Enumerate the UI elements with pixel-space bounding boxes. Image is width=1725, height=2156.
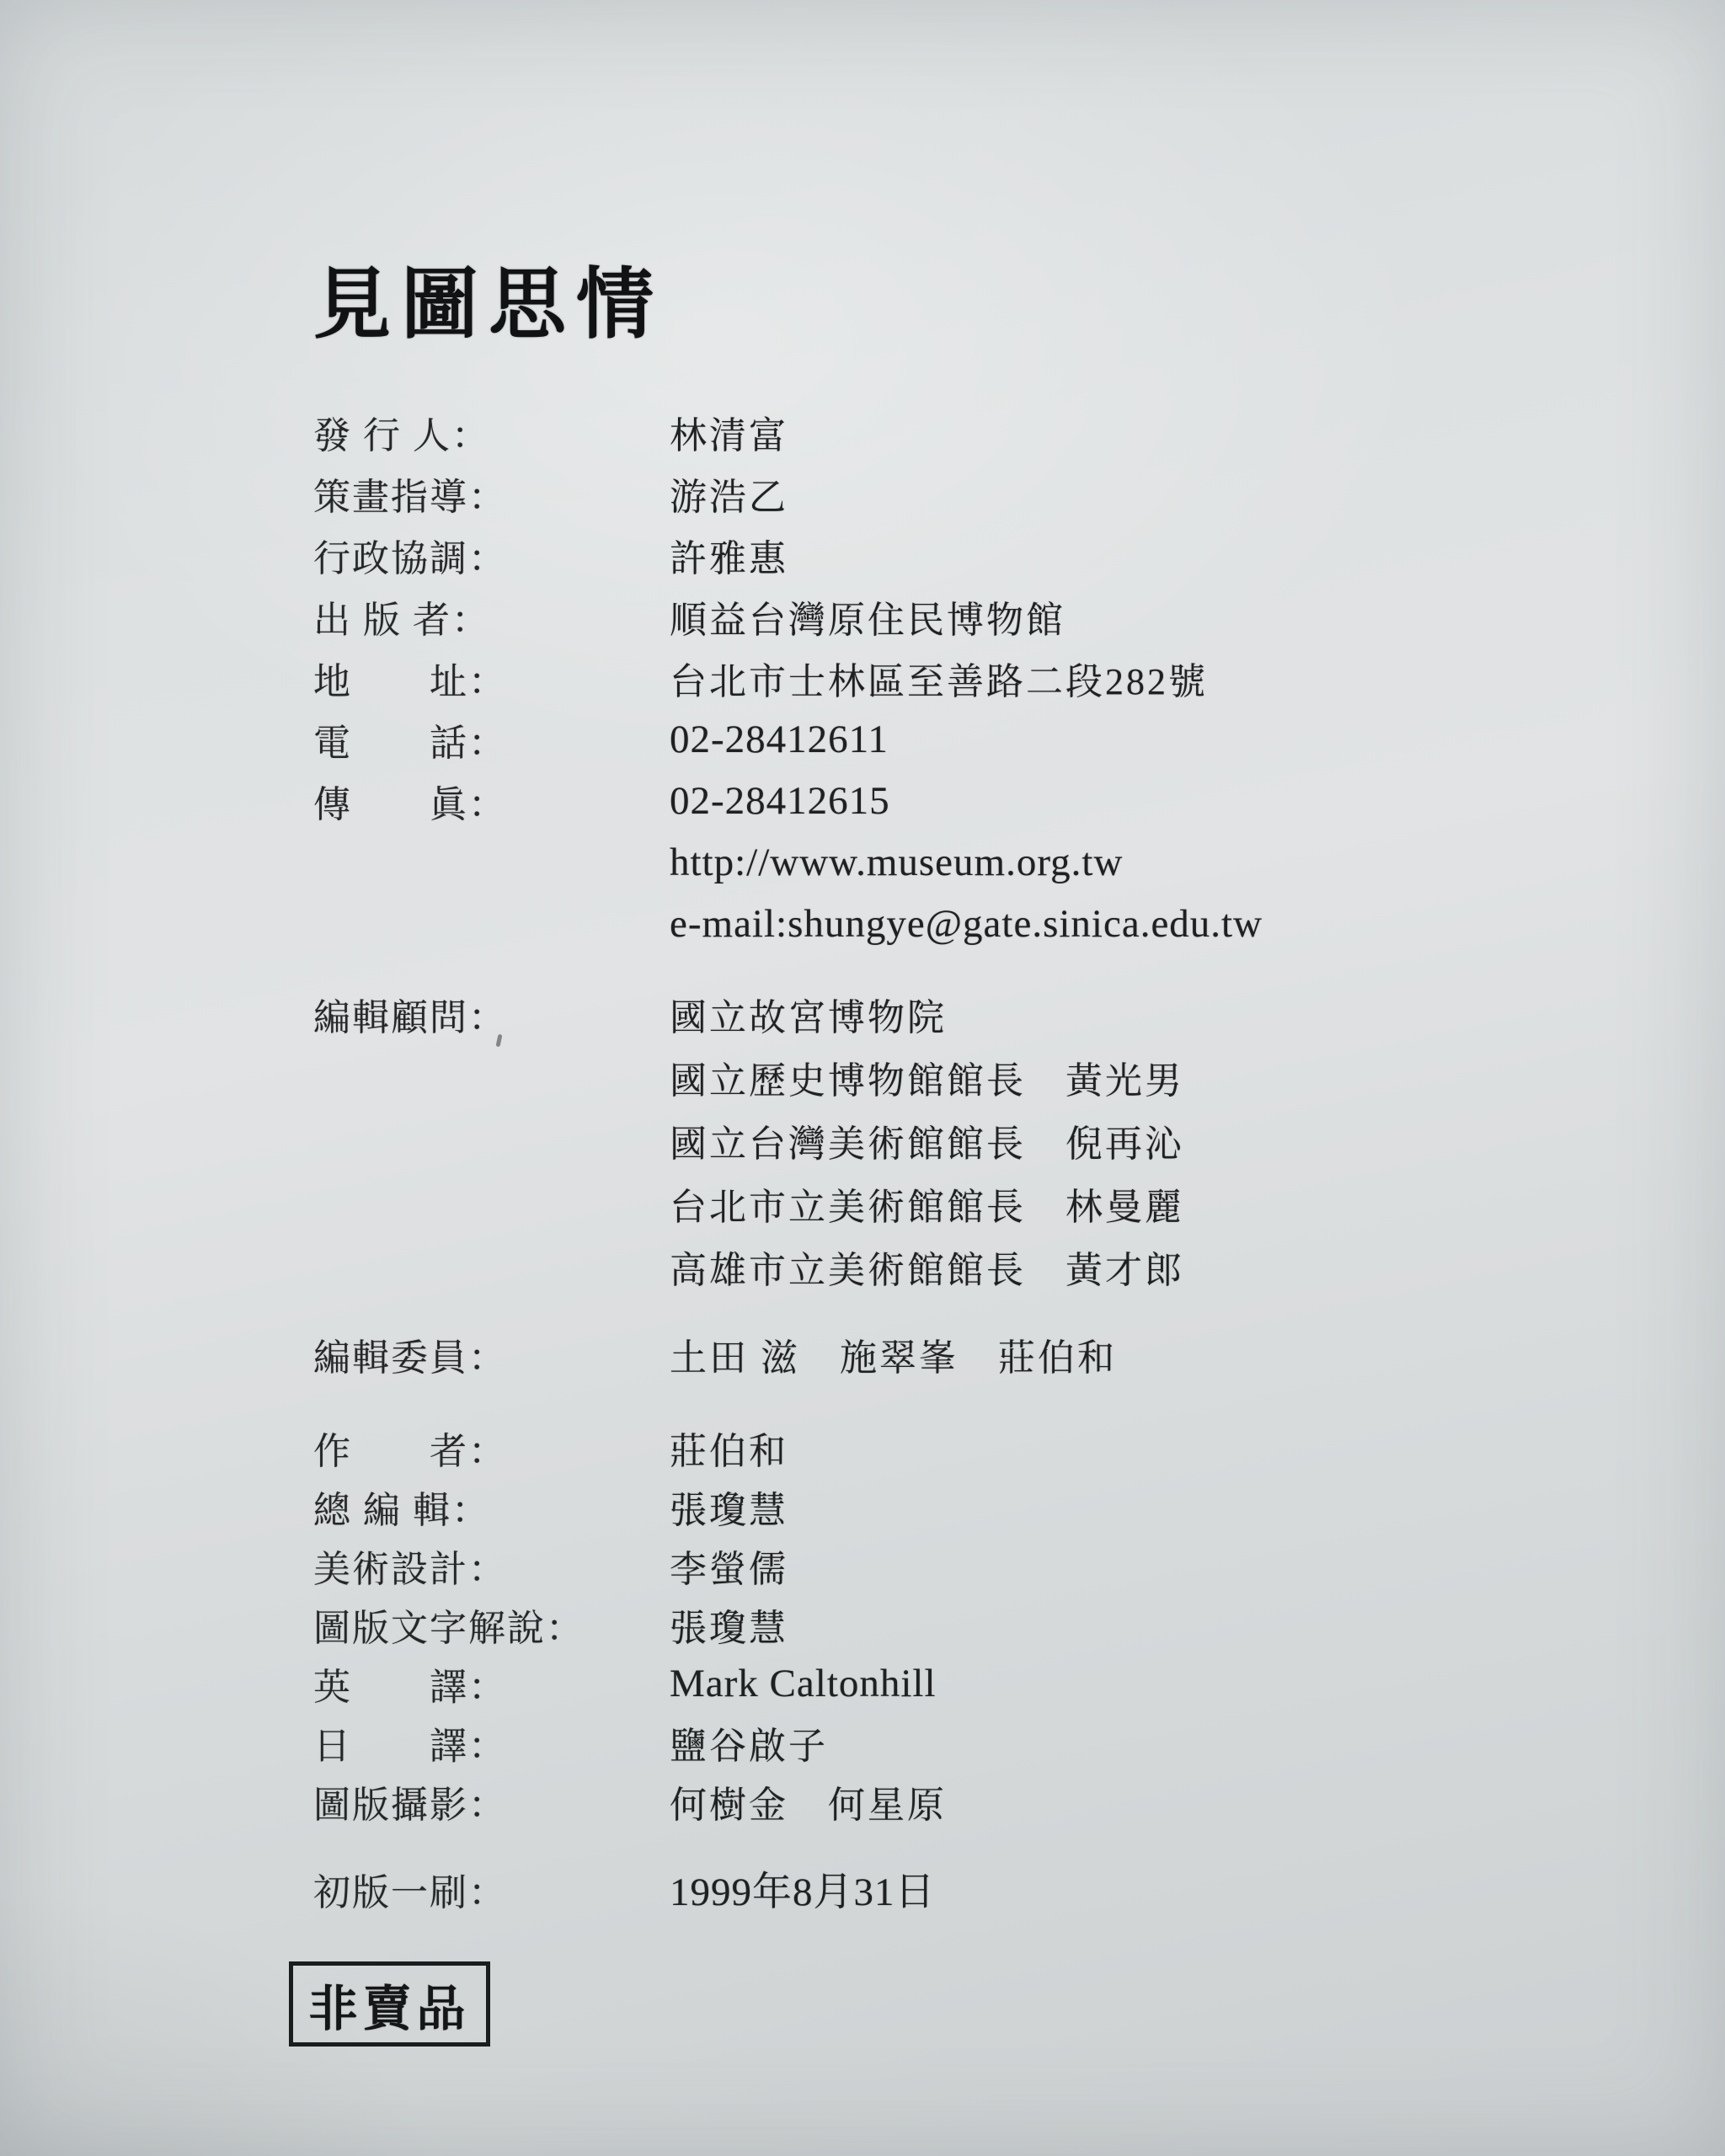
website-url-text: http://www.museum.org.tw <box>670 840 1123 885</box>
field-label: 日 譯： <box>313 1716 670 1769</box>
field-label: 發 行 人： <box>313 405 670 459</box>
credits-group: 作 者： 莊伯和 總 編 輯： 張瓊慧 美術設計： 李螢儒 圖版文字解說： 張瓊… <box>313 1418 1493 1831</box>
colophon-row-address: 地 址： 台北市士林區至善路二段282號 <box>313 647 1493 708</box>
field-value: 台北市立美術館館長 林曼麗 <box>670 1177 1184 1230</box>
field-label: 編輯顧問： <box>313 987 670 1041</box>
field-value: 張瓊慧 <box>670 1480 788 1534</box>
email-text: e-mail:shungye@gate.sinica.edu.tw <box>670 901 1263 947</box>
colophon-row-art-design: 美術設計： 李螢儒 <box>313 1536 1493 1595</box>
field-label: 地 址： <box>313 651 670 705</box>
colophon-row-caption-text: 圖版文字解說： 張瓊慧 <box>313 1595 1493 1654</box>
field-label: 策畫指導： <box>313 467 670 520</box>
field-value: 游浩乙 <box>670 467 788 520</box>
field-value: 何樹金 何星原 <box>670 1774 947 1828</box>
colophon-row-planning-director: 策畫指導： 游浩乙 <box>313 462 1493 524</box>
field-value: 國立故宮博物院 <box>670 987 947 1041</box>
field-value: 土田 滋 施翠峯 莊伯和 <box>670 1327 1117 1381</box>
advisor-line: 國立歷史博物館館長 黃光男 <box>313 1045 1493 1108</box>
field-label: 美術設計： <box>313 1539 670 1593</box>
colophon-row-photography: 圖版攝影： 何樹金 何星原 <box>313 1772 1493 1831</box>
advisor-line: 高雄市立美術館館長 黃才郎 <box>313 1235 1493 1298</box>
field-label: 作 者： <box>313 1421 670 1475</box>
field-label: 總 編 輯： <box>313 1480 670 1534</box>
field-value: Mark Caltonhill <box>670 1661 937 1706</box>
colophon-row-email: e-mail:shungye@gate.sinica.edu.tw <box>313 893 1493 954</box>
colophon-row-japanese-translation: 日 譯： 鹽谷啟子 <box>313 1713 1493 1772</box>
colophon-row-author: 作 者： 莊伯和 <box>313 1418 1493 1477</box>
colophon-row-advisors: 編輯顧問： 國立故宮博物院 <box>313 982 1493 1045</box>
colophon-row-telephone: 電 話： 02-28412611 <box>313 708 1493 770</box>
field-label: 出 版 者： <box>313 590 670 643</box>
editorial-advisors-group: 編輯顧問： 國立故宮博物院 國立歷史博物館館長 黃光男 國立台灣美術館館長 倪再… <box>313 982 1493 1298</box>
field-value: 1999年8月31日 <box>670 1860 936 1917</box>
colophon-row-english-translation: 英 譯： Mark Caltonhill <box>313 1654 1493 1713</box>
field-value: 02-28412611 <box>670 717 889 762</box>
field-value: 林清富 <box>670 405 788 459</box>
field-value: 02-28412615 <box>670 778 890 824</box>
colophon-row-publisher-org: 出 版 者： 順益台灣原住民博物館 <box>313 585 1493 647</box>
colophon-row-editorial-committee: 編輯委員： 土田 滋 施翠峯 莊伯和 <box>313 1323 1493 1385</box>
colophon-row-website: http://www.museum.org.tw <box>313 831 1493 893</box>
not-for-sale-box: 非賣品 <box>289 1961 490 2047</box>
colophon-row-publisher-name: 發 行 人： 林清富 <box>313 401 1493 462</box>
field-value: 張瓊慧 <box>670 1598 788 1652</box>
field-label: 初版一刷： <box>313 1862 670 1916</box>
field-label: 圖版文字解說： <box>313 1598 670 1652</box>
colophon-row-chief-editor: 總 編 輯： 張瓊慧 <box>313 1477 1493 1536</box>
field-value: 莊伯和 <box>670 1421 788 1475</box>
advisor-line: 台北市立美術館館長 林曼麗 <box>313 1171 1493 1235</box>
field-value: 國立台灣美術館館長 倪再沁 <box>670 1113 1184 1167</box>
field-label: 行政協調： <box>313 528 670 582</box>
colophon-row-admin-coordinator: 行政協調： 許雅惠 <box>313 524 1493 585</box>
book-title: 見圖思情 <box>313 263 1493 347</box>
field-value: 台北市士林區至善路二段282號 <box>670 651 1208 705</box>
colophon-row-first-edition: 初版一刷： 1999年8月31日 <box>313 1858 1493 1919</box>
field-value: 高雄市立美術館館長 黃才郎 <box>670 1240 1184 1294</box>
field-label: 編輯委員： <box>313 1327 670 1381</box>
field-label: 傳 眞： <box>313 774 670 828</box>
colophon-content: 見圖思情 發 行 人： 林清富 策畫指導： 游浩乙 行政協調： 許雅惠 出 版 … <box>313 263 1493 2047</box>
field-label: 電 話： <box>313 712 670 766</box>
field-value: 鹽谷啟子 <box>670 1716 828 1769</box>
colophon-row-fax: 傳 眞： 02-28412615 <box>313 770 1493 831</box>
field-value: 李螢儒 <box>670 1539 788 1593</box>
field-value: 國立歷史博物館館長 黃光男 <box>670 1050 1184 1104</box>
field-label: 英 譯： <box>313 1657 670 1710</box>
publisher-info-group: 發 行 人： 林清富 策畫指導： 游浩乙 行政協調： 許雅惠 出 版 者： 順益… <box>313 401 1493 954</box>
field-value: 許雅惠 <box>670 528 788 582</box>
advisor-line: 國立台灣美術館館長 倪再沁 <box>313 1108 1493 1171</box>
field-label: 圖版攝影： <box>313 1774 670 1828</box>
field-value: 順益台灣原住民博物館 <box>670 590 1065 643</box>
not-for-sale-label: 非賣品 <box>308 1969 470 2040</box>
